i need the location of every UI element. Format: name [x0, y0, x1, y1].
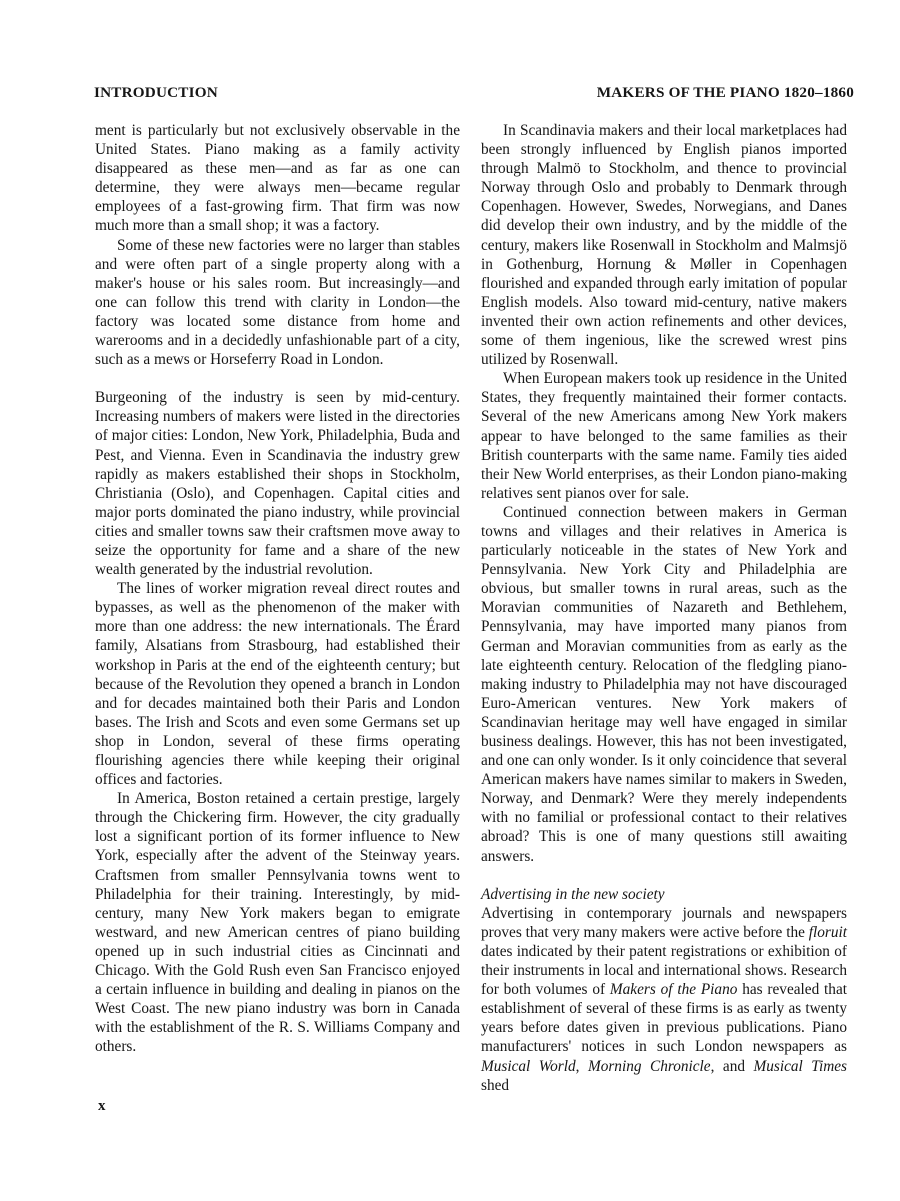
running-head-left: INTRODUCTION — [94, 84, 218, 102]
right-column: In Scandinavia makers and their local ma… — [481, 121, 847, 1095]
italic-newspaper-title: Musical World — [481, 1058, 576, 1075]
book-page: INTRODUCTION MAKERS OF THE PIANO 1820–18… — [0, 0, 900, 1201]
paragraph: Some of these new factories were no larg… — [95, 236, 460, 370]
paragraph: In America, Boston retained a certain pr… — [95, 789, 460, 1056]
text-run: , — [576, 1058, 588, 1075]
section-break — [95, 369, 460, 388]
section-subheading: Advertising in the new society — [481, 885, 847, 904]
italic-newspaper-title: Morning Chronicle — [588, 1058, 711, 1075]
left-column: ment is particularly but not exclusively… — [95, 121, 460, 1057]
text-run: Advertising in contemporary journals and… — [481, 905, 847, 941]
italic-book-title: Makers of the Piano — [610, 981, 737, 998]
page-number: x — [98, 1098, 106, 1115]
italic-term: floruit — [809, 924, 847, 941]
text-run: shed — [481, 1077, 509, 1094]
paragraph: Continued connection between makers in G… — [481, 503, 847, 866]
section-break — [481, 866, 847, 885]
paragraph: Burgeoning of the industry is seen by mi… — [95, 388, 460, 579]
text-run: , and — [711, 1058, 754, 1075]
italic-newspaper-title: Musical Times — [754, 1058, 847, 1075]
running-head-right: MAKERS OF THE PIANO 1820–1860 — [597, 84, 854, 102]
paragraph: The lines of worker migration reveal dir… — [95, 579, 460, 789]
paragraph: Advertising in contemporary journals and… — [481, 904, 847, 1095]
paragraph: When European makers took up residence i… — [481, 369, 847, 503]
paragraph: ment is particularly but not exclusively… — [95, 121, 460, 236]
paragraph: In Scandinavia makers and their local ma… — [481, 121, 847, 369]
